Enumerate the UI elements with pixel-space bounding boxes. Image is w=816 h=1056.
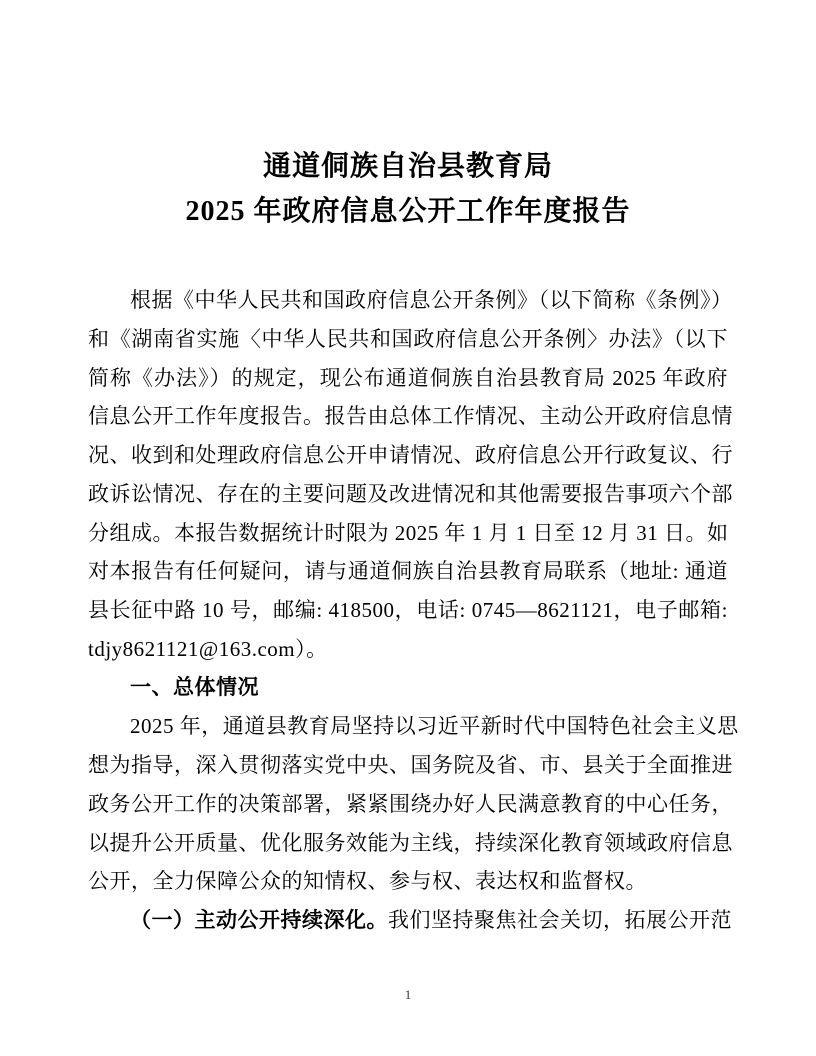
subsection-heading: （一）主动公开持续深化。 [130, 908, 388, 932]
page-number: 1 [0, 987, 816, 1003]
section-heading: 一、总体情况 [88, 669, 728, 708]
document-title-line1: 通道侗族自治县教育局 [88, 144, 728, 189]
paragraph-line: tdjy8621121@163.com）。 [88, 630, 728, 669]
document-body: 根据《中华人民共和国政府信息公开条例》（以下简称《条例》） 和《湖南省实施〈中华… [88, 281, 728, 940]
paragraph-line: 分组成。本报告数据统计时限为 2025 年 1 月 1 日至 12 月 31 日… [88, 514, 728, 553]
paragraph-text: 我们坚持聚焦社会关切，拓展公开范 [388, 908, 732, 932]
paragraph-line: 2025 年，通道县教育局坚持以习近平新时代中国特色社会主义思 [88, 707, 728, 746]
paragraph-line: 对本报告有任何疑问，请与通道侗族自治县教育局联系（地址: 通道 [88, 552, 728, 591]
paragraph-line: 信息公开工作年度报告。报告由总体工作情况、主动公开政府信息情 [88, 397, 728, 436]
paragraph-line: 政务公开工作的决策部署，紧紧围绕办好人民满意教育的中心任务， [88, 785, 728, 824]
paragraph-line: 况、收到和处理政府信息公开申请情况、政府信息公开行政复议、行 [88, 436, 728, 475]
paragraph-line: 县长征中路 10 号，邮编: 418500，电话: 0745—8621121，电… [88, 591, 728, 630]
paragraph-line: 和《湖南省实施〈中华人民共和国政府信息公开条例〉办法》（以下 [88, 320, 728, 359]
document-page: 通道侗族自治县教育局 2025 年政府信息公开工作年度报告 根据《中华人民共和国… [0, 0, 816, 1056]
paragraph-line: 政诉讼情况、存在的主要问题及改进情况和其他需要报告事项六个部 [88, 475, 728, 514]
paragraph-line: （一）主动公开持续深化。我们坚持聚焦社会关切，拓展公开范 [88, 901, 728, 940]
paragraph-line: 简称《办法》）的规定，现公布通道侗族自治县教育局 2025 年政府 [88, 359, 728, 398]
paragraph-line: 根据《中华人民共和国政府信息公开条例》（以下简称《条例》） [88, 281, 728, 320]
document-title: 通道侗族自治县教育局 2025 年政府信息公开工作年度报告 [88, 144, 728, 234]
document-title-line2: 2025 年政府信息公开工作年度报告 [88, 189, 728, 234]
paragraph-line: 公开，全力保障公众的知情权、参与权、表达权和监督权。 [88, 862, 728, 901]
paragraph-line: 想为指导，深入贯彻落实党中央、国务院及省、市、县关于全面推进 [88, 746, 728, 785]
paragraph-line: 以提升公开质量、优化服务效能为主线，持续深化教育领域政府信息 [88, 824, 728, 863]
document-content: 通道侗族自治县教育局 2025 年政府信息公开工作年度报告 根据《中华人民共和国… [88, 144, 728, 940]
